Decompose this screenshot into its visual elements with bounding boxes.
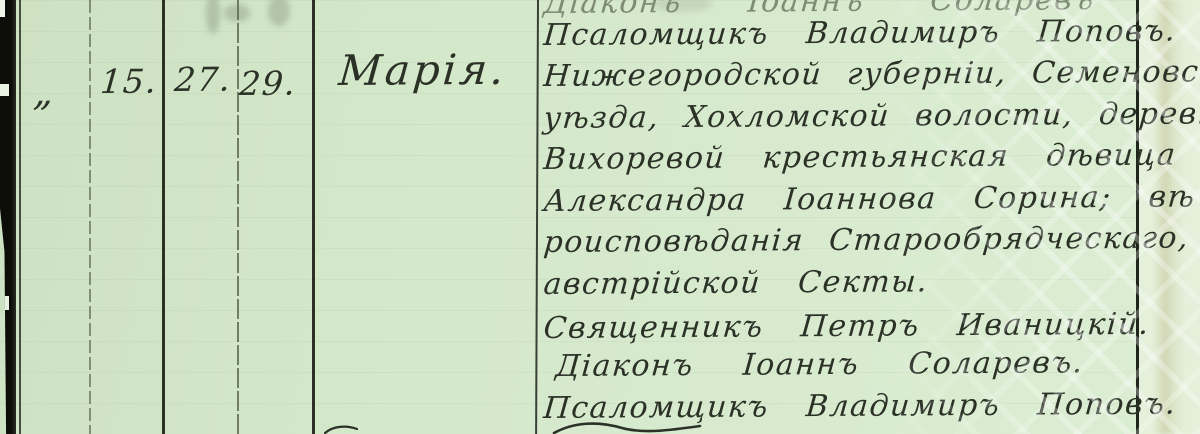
cut-off-stroke-fragment xyxy=(324,424,358,434)
table-column-line-6 xyxy=(535,0,539,434)
table-column-line-5 xyxy=(312,0,315,434)
entry-line: уѣзда, Хохломской волости, деревни xyxy=(542,94,1200,139)
entry-number-cell: 15. xyxy=(99,62,159,101)
page-gutter-shadow xyxy=(0,0,16,434)
scanned-register-page: „ 15. 27. 29. Марія. Діаконъ Іоаннъ Сола… xyxy=(0,0,1200,434)
entry-line-signature: Псаломщикъ Владимиръ Поповъ. xyxy=(542,385,1178,429)
table-column-line-3 xyxy=(162,0,165,434)
entry-line: Александра Іоаннова Сорина; вѣ xyxy=(542,177,1197,222)
name-cell: Марія. xyxy=(337,45,509,95)
gutter-notch xyxy=(0,84,9,96)
gutter-notch xyxy=(2,296,9,310)
ditto-mark: „ xyxy=(32,70,57,114)
pencil-smudge xyxy=(206,0,220,34)
entry-line: австрійской Секты. xyxy=(542,262,930,305)
table-column-line-4 xyxy=(237,0,239,434)
entry-line-signature: Діаконъ Іоаннъ Соларевъ. xyxy=(554,343,1085,387)
entry-line: Псаломщикъ Владимиръ Поповъ. xyxy=(542,12,1178,56)
scan-edge-sliver xyxy=(0,0,5,17)
entry-line: роисповѣданія Старообрядческаго, xyxy=(542,218,1191,263)
table-column-line-2 xyxy=(89,0,91,434)
table-column-line-1 xyxy=(19,0,21,434)
birth-day-cell: 27. xyxy=(173,60,233,99)
entry-line: Нижегородской губерніи, Семеновскаго xyxy=(542,52,1200,97)
entry-line: Вихоревой крестьянская дѣвица xyxy=(542,136,1178,180)
entry-line-signature: Священникъ Петръ Иваницкій. xyxy=(542,305,1151,349)
entry-text-column: Діаконъ Іоаннъ Соларевъ Псаломщикъ Влади… xyxy=(542,0,1142,434)
pencil-smudge xyxy=(268,0,290,26)
baptism-day-cell: 29. xyxy=(238,64,298,103)
pencil-smudge xyxy=(224,4,250,22)
